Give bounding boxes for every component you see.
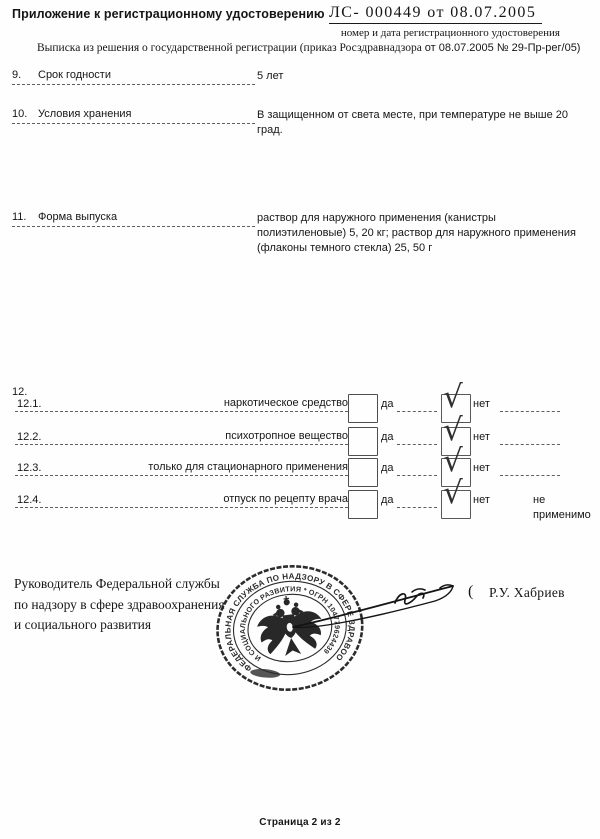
checkbox-row-12-4: 12.4. отпуск по рецепту врача да √ нет н… (12, 493, 588, 527)
row-12-3-yes-checkbox (348, 458, 378, 487)
item-row-9: 9. Срок годности 5 лет (12, 69, 588, 85)
registration-number: ЛС- 000449 от 08.07.2005 (329, 4, 542, 24)
extract-line: Выписка из решения о государственной рег… (37, 42, 580, 54)
row-12-2-no-label: нет (473, 431, 490, 443)
fill-line (500, 411, 560, 412)
item-10-label-area: 10. Условия хранения (12, 108, 255, 124)
checkmark: √ (443, 446, 463, 477)
row-12-4-note: не применимо (533, 493, 591, 523)
fill-line (397, 507, 437, 508)
checkmark: √ (443, 478, 463, 509)
row-12-3-label: только для стационарного применения (122, 461, 348, 473)
item-9-number: 9. (12, 69, 38, 84)
fill-line (15, 475, 348, 476)
registration-number-caption: номер и дата регистрационного удостовере… (341, 27, 560, 39)
item-10-label: Условия хранения (38, 108, 132, 123)
row-12-2-yes-label: да (381, 431, 394, 443)
item-11-number: 11. (12, 211, 38, 226)
fill-line (397, 411, 437, 412)
item-row-10: 10. Условия хранения В защищенном от све… (12, 108, 588, 138)
checkmark: √ (443, 415, 463, 446)
signature-parenthesis-mark: ( (468, 583, 473, 601)
signatory-name: Р.У. Хабриев (489, 585, 565, 601)
row-12-2-number: 12.2. (17, 431, 41, 443)
checkmark: √ (443, 382, 463, 413)
stamp-ink-smudge (250, 668, 281, 679)
item-11-label: Форма выпуска (38, 211, 117, 226)
handwritten-signature (285, 573, 490, 635)
item-9-label-area: 9. Срок годности (12, 69, 255, 85)
item-9-label: Срок годности (38, 69, 111, 84)
extract-order-number: от 08.07.2005 № 29-Пр-рег/05) (425, 42, 581, 54)
item-9-value: 5 лет (255, 69, 588, 84)
page-number-label: Страница 2 из 2 (0, 817, 600, 828)
item-11-value: раствор для наружного применения (канист… (255, 211, 588, 256)
row-12-4-no-label: нет (473, 494, 490, 506)
row-12-3-yes-label: да (381, 462, 394, 474)
row-12-1-yes-checkbox (348, 394, 378, 423)
row-12-3-number: 12.3. (17, 462, 41, 474)
row-12-1-number: 12.1. (17, 398, 41, 410)
item-row-11: 11. Форма выпуска раствор для наружного … (12, 211, 588, 256)
extract-text: Выписка из решения о государственной рег… (37, 42, 425, 54)
row-12-2-yes-checkbox (348, 427, 378, 456)
row-12-4-no-checkbox: √ (441, 490, 471, 519)
row-12-1-label: наркотическое средство (122, 397, 348, 409)
row-12-1-no-label: нет (473, 398, 490, 410)
checkbox-row-12-3: 12.3. только для стационарного применени… (12, 461, 588, 495)
row-12-4-number: 12.4. (17, 494, 41, 506)
item-10-value: В защищенном от света месте, при темпера… (255, 108, 588, 138)
row-12-4-yes-checkbox (348, 490, 378, 519)
row-12-3-no-label: нет (473, 462, 490, 474)
fill-line (15, 411, 348, 412)
checkbox-row-12-1: 12.1. наркотическое средство да √ нет (12, 397, 588, 431)
fill-line (500, 475, 560, 476)
fill-line (397, 475, 437, 476)
fill-line (500, 444, 560, 445)
row-12-2-label: психотропное вещество (122, 430, 348, 442)
row-12-1-yes-label: да (381, 398, 394, 410)
fill-line (15, 444, 348, 445)
document-page: Приложение к регистрационному удостовере… (0, 0, 600, 839)
row-12-4-label: отпуск по рецепту врача (122, 493, 348, 505)
fill-line (15, 507, 348, 508)
item-11-label-area: 11. Форма выпуска (12, 211, 255, 227)
fill-line (397, 444, 437, 445)
row-12-4-yes-label: да (381, 494, 394, 506)
document-title: Приложение к регистрационному удостовере… (12, 7, 325, 21)
checkbox-row-12-2: 12.2. психотропное вещество да √ нет (12, 430, 588, 464)
item-10-number: 10. (12, 108, 38, 123)
